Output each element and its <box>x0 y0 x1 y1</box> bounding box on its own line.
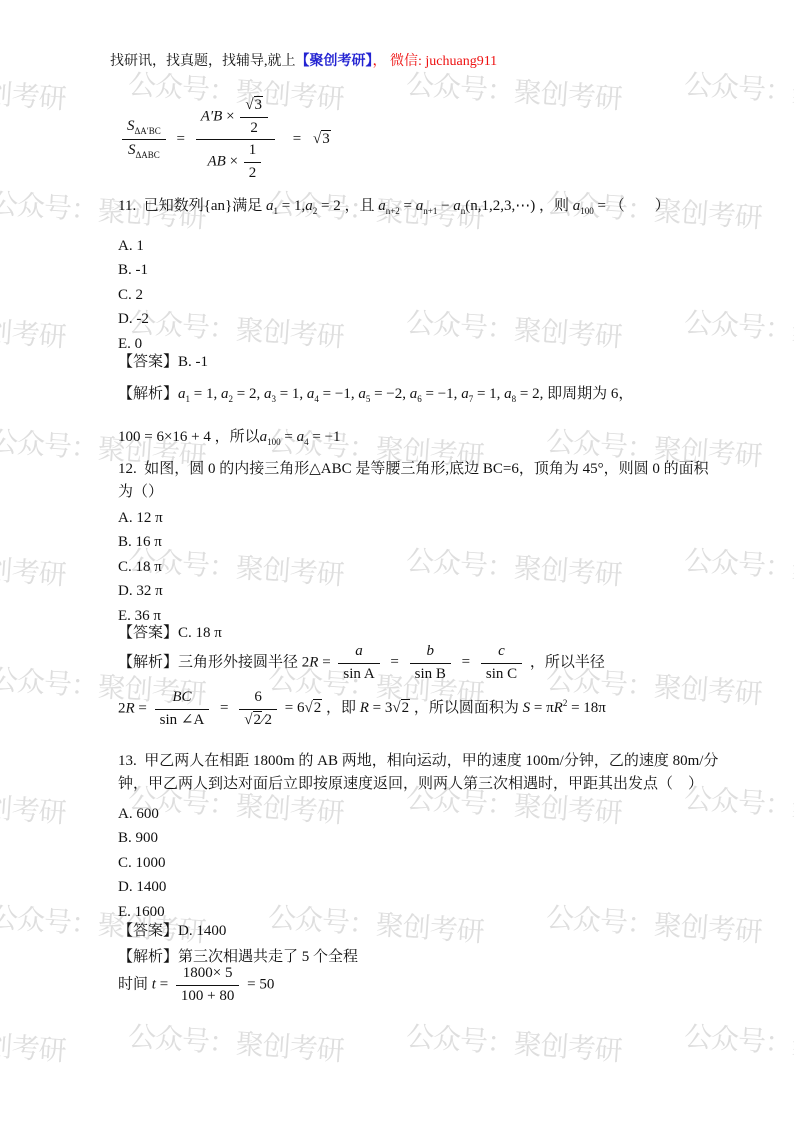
promo-text: 找研讯，找真题，找辅导,就上 <box>110 54 296 69</box>
sine-rule-fraction-c: csin C <box>481 642 522 684</box>
q12-stem-line2: 为（） <box>118 481 163 503</box>
analysis-text: 时间 t = <box>118 976 172 992</box>
q11-analysis-line2: 100 = 6×16 + 4 ，所以a100 = a4 = −1 <box>118 426 341 453</box>
q13-stem-line2: 钟，甲乙两人到达对面后立即按原速度返回，则两人第三次相遇时，甲距其出发点（ ） <box>118 773 703 795</box>
fraction-numerator: BC <box>155 688 210 710</box>
result-value: √3 <box>313 130 331 147</box>
q13-stem-line1: 13. 甲乙两人在相距 1800m 的 AB 两地，相向运动，甲的速度 100m… <box>118 750 718 772</box>
time-fraction: 1800× 5100 + 80 <box>176 964 239 1006</box>
header-separator: ， <box>373 54 387 69</box>
fraction-numerator: √3 <box>240 96 268 118</box>
fraction-numerator: c <box>481 642 522 664</box>
fraction-numerator: a <box>338 642 379 664</box>
q13-answer: 【答案】D. 1400 <box>118 920 226 942</box>
fraction-numerator: 6 <box>239 688 277 710</box>
fraction-denominator: √2∕2 <box>239 710 277 731</box>
q13-analysis-line2: 时间 t = 1800× 5100 + 80 = 50 <box>118 964 274 1006</box>
equals-sign: = <box>462 654 470 670</box>
analysis-text: 【解析】三角形外接圆半径 2R = <box>118 654 334 670</box>
brand-name: 【聚创考研】 <box>296 54 373 69</box>
q12-option-d: D. 32 π <box>118 579 163 603</box>
fraction-denominator: sin A <box>338 664 379 685</box>
fraction-denominator: 100 + 80 <box>176 986 239 1007</box>
q11-answer: 【答案】B. -1 <box>118 351 208 373</box>
fraction-denominator: sin C <box>481 664 522 685</box>
q11-analysis-line1: 【解析】a1 = 1, a2 = 2, a3 = 1, a4 = −1, a5 … <box>118 383 633 410</box>
q12-option-a: A. 12 π <box>118 506 163 530</box>
q11-option-b: B. -1 <box>118 258 149 282</box>
fraction-denominator: AB × 12 <box>196 140 275 183</box>
inner-fraction: √32 <box>240 96 268 138</box>
equals-sign: = <box>293 131 301 147</box>
fraction-denominator: sin ∠A <box>155 710 210 731</box>
numerator-prefix: A′B × <box>201 108 239 124</box>
sine-rule-fraction-b: bsin B <box>410 642 451 684</box>
sine-rule-fraction-a: asin A <box>338 642 379 684</box>
q13-options: A. 600 B. 900 C. 1000 D. 1400 E. 1600 <box>118 802 166 924</box>
fraction-numerator: 1800× 5 <box>176 964 239 986</box>
q11-options: A. 1 B. -1 C. 2 D. -2 E. 0 <box>118 234 149 356</box>
denominator-prefix: AB × <box>207 153 241 169</box>
analysis-text: = 6√2 ，即 R = 3√2 ，所以圆面积为 S = πR2 = 18π <box>285 700 606 716</box>
q11-option-a: A. 1 <box>118 234 149 258</box>
q11-option-c: C. 2 <box>118 283 149 307</box>
six-over-root-fraction: 6√2∕2 <box>239 688 277 730</box>
equals-sign: = <box>220 700 228 716</box>
bc-over-sin-fraction: BCsin ∠A <box>155 688 210 730</box>
q12-analysis-line1: 【解析】三角形外接圆半径 2R = asin A = bsin B = csin… <box>118 642 605 684</box>
q11-stem: 11. 已知数列{an}满足 a1 = 1,a2 = 2 ，且 an+2 = a… <box>118 195 670 222</box>
analysis-text: ，所以半径 <box>530 654 605 670</box>
q12-analysis-line2: 2R = BCsin ∠A = 6√2∕2 = 6√2 ，即 R = 3√2 ，… <box>118 688 606 730</box>
fraction-numerator: b <box>410 642 451 664</box>
fraction-denominator: 2 <box>244 163 262 184</box>
fraction-numerator: A′B × √32 <box>196 96 275 140</box>
q13-option-a: A. 600 <box>118 802 166 826</box>
q13-option-d: D. 1400 <box>118 875 166 899</box>
equals-sign: = <box>390 654 398 670</box>
q12-stem-line1: 12. 如图，圆 0 的内接三角形△ABC 是等腰三角形,底边 BC=6，顶角为… <box>118 458 709 480</box>
q11-option-d: D. -2 <box>118 307 149 331</box>
q12-option-c: C. 18 π <box>118 555 163 579</box>
top-formula: SΔA′BC SΔABC = A′B × √32 AB × 12 = √3 <box>118 96 331 183</box>
q12-options: A. 12 π B. 16 π C. 18 π D. 32 π E. 36 π <box>118 506 163 628</box>
area-ratio-fraction: SΔA′BC SΔABC <box>122 117 166 161</box>
analysis-text: 2R = <box>118 700 151 716</box>
fraction-numerator: SΔA′BC <box>122 117 166 140</box>
document-content: 找研讯，找真题，找辅导,就上【聚创考研】， 微信: juchuang911 SΔ… <box>0 0 794 1122</box>
fraction-denominator: 2 <box>240 118 268 139</box>
fraction-denominator: SΔABC <box>122 140 166 162</box>
inner-fraction: 12 <box>244 141 262 183</box>
analysis-text: = 50 <box>247 976 274 992</box>
q13-option-c: C. 1000 <box>118 851 166 875</box>
fraction-numerator: 1 <box>244 141 262 163</box>
expanded-ratio-fraction: A′B × √32 AB × 12 <box>196 96 275 183</box>
promo-header: 找研讯，找真题，找辅导,就上【聚创考研】， 微信: juchuang911 <box>110 50 497 70</box>
q12-answer: 【答案】C. 18 π <box>118 622 222 644</box>
q13-option-b: B. 900 <box>118 826 166 850</box>
equals-sign: = <box>177 131 185 147</box>
fraction-denominator: sin B <box>410 664 451 685</box>
q12-option-b: B. 16 π <box>118 530 163 554</box>
wechat-contact: 微信: juchuang911 <box>390 54 497 69</box>
document-page: 公众号：聚创考研公众号：聚创考研公众号：聚创考研公众号：聚创考研公众号：聚创考研… <box>0 0 794 1122</box>
